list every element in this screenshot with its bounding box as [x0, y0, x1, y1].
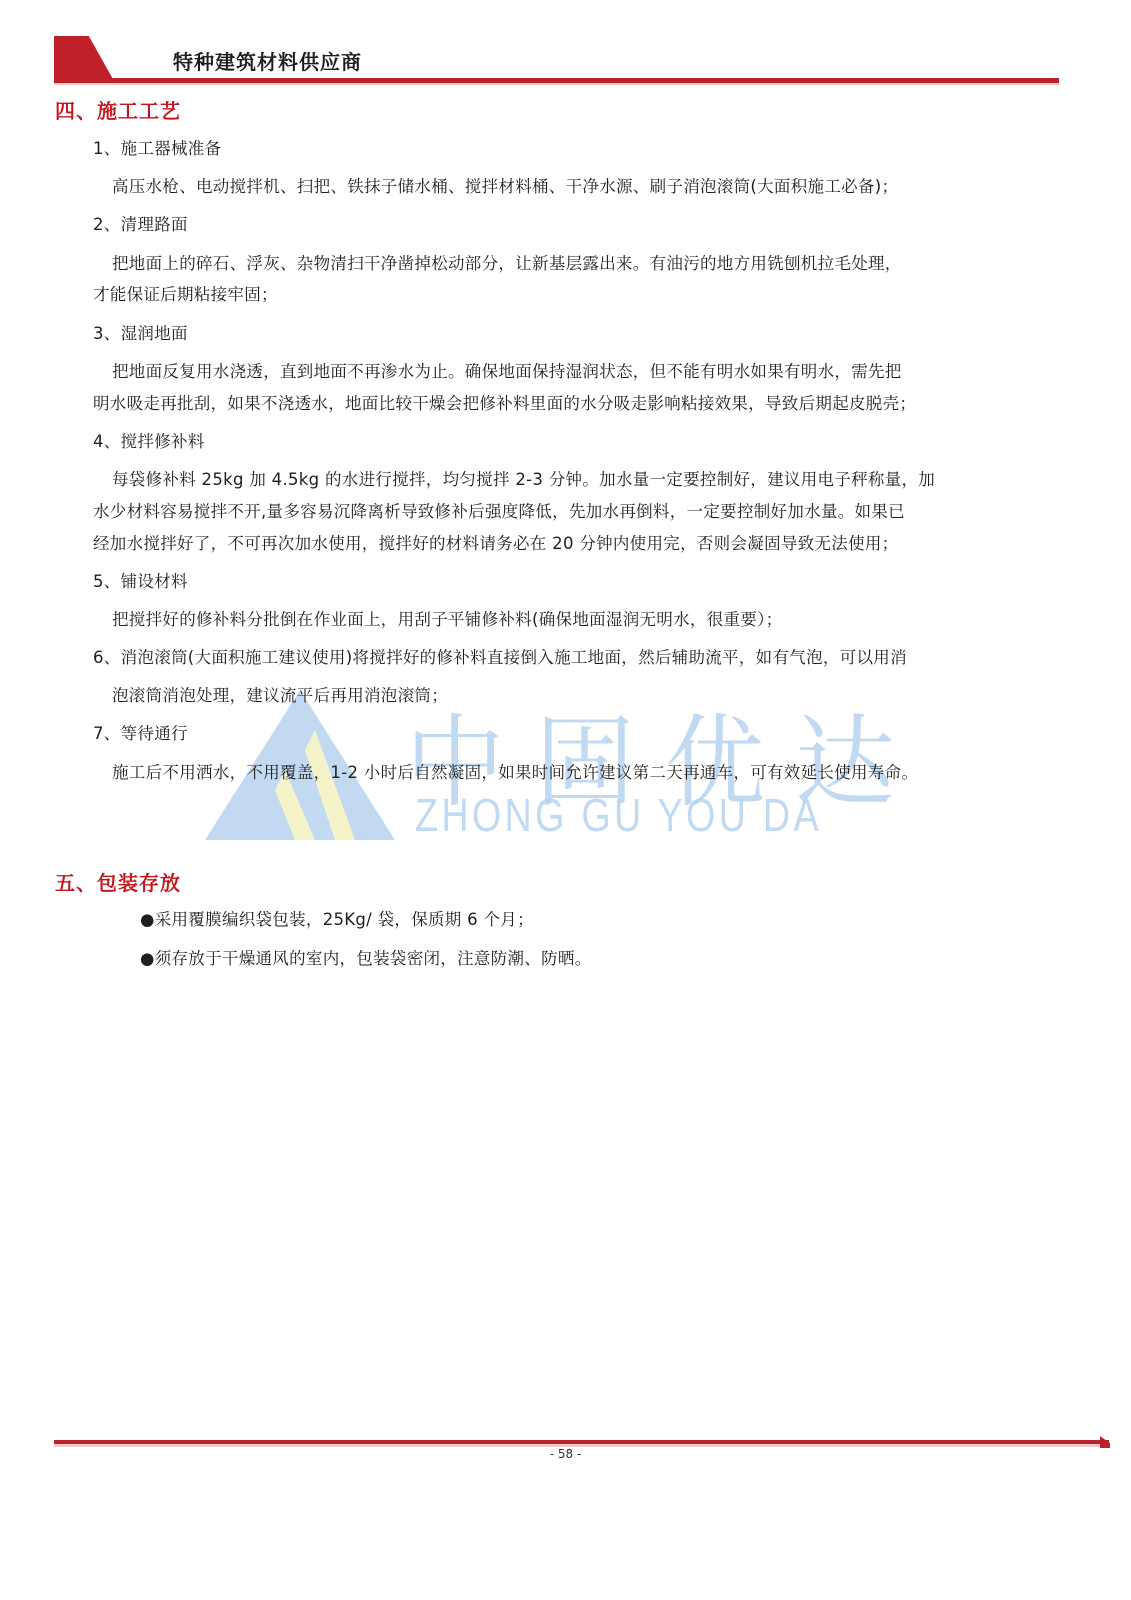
- step-body: 施工后不用洒水，不用覆盖，1-2 小时后自然凝固，如果时间允许建议第二天再通车，…: [112, 759, 918, 783]
- step-body: 泡滚筒消泡处理，建议流平后再用消泡滚筒；: [112, 682, 448, 706]
- header-tab-decoration: [54, 36, 114, 81]
- step-heading: 5、铺设材料: [93, 568, 188, 592]
- step-heading: 7、等待通行: [93, 720, 188, 744]
- step-body: 把搅拌好的修补料分批倒在作业面上，用刮子平铺修补料(确保地面湿润无明水，很重要）…: [112, 606, 783, 630]
- step-heading: 3、湿润地面: [93, 320, 188, 344]
- header-title: 特种建筑材料供应商: [173, 46, 362, 75]
- bullet-item: ●采用覆膜编织袋包装，25Kg/ 袋，保质期 6 个月；: [140, 906, 534, 930]
- watermark-chinese: 中固优达: [405, 682, 925, 826]
- section-title-construction: 四、施工工艺: [55, 95, 181, 124]
- page-number: - 58 -: [0, 1447, 1131, 1461]
- step-body: 明水吸走再批刮，如果不浇透水，地面比较干燥会把修补料里面的水分吸走影响粘接效果，…: [93, 390, 916, 414]
- step-heading: 4、搅拌修补料: [93, 428, 205, 452]
- step-body: 才能保证后期粘接牢固；: [93, 281, 278, 305]
- step-body: 高压水枪、电动搅拌机、扫把、铁抹子储水桶、搅拌材料桶、干净水源、刷子消泡滚筒(大…: [112, 173, 898, 197]
- step-heading: 6、消泡滚筒(大面积施工建议使用)将搅拌好的修补料直接倒入施工地面，然后辅助流平…: [93, 644, 907, 668]
- watermark-english: ZHONG GU YOU DA: [415, 788, 822, 842]
- step-body: 经加水搅拌好了，不可再次加水使用，搅拌好的材料请务必在 20 分钟内使用完，否则…: [93, 530, 899, 554]
- step-heading: 1、施工器械准备: [93, 135, 221, 159]
- step-body: 每袋修补料 25kg 加 4.5kg 的水进行搅拌，均匀搅拌 2-3 分钟。加水…: [112, 466, 935, 490]
- section-title-packaging: 五、包装存放: [55, 867, 181, 896]
- footer-rule: [54, 1440, 1109, 1444]
- bullet-item: ●须存放于干燥通风的室内，包装袋密闭，注意防潮、防晒。: [140, 945, 592, 969]
- header-rule: [54, 78, 1059, 83]
- step-body: 把地面反复用水浇透，直到地面不再渗水为止。确保地面保持湿润状态，但不能有明水如果…: [112, 358, 902, 382]
- step-body: 把地面上的碎石、浮灰、杂物清扫干净凿掉松动部分，让新基层露出来。有油污的地方用铣…: [112, 250, 902, 274]
- step-body: 水少材料容易搅拌不开,量多容易沉降离析导致修补后强度降低，先加水再倒料，一定要控…: [93, 498, 905, 522]
- step-heading: 2、清理路面: [93, 211, 188, 235]
